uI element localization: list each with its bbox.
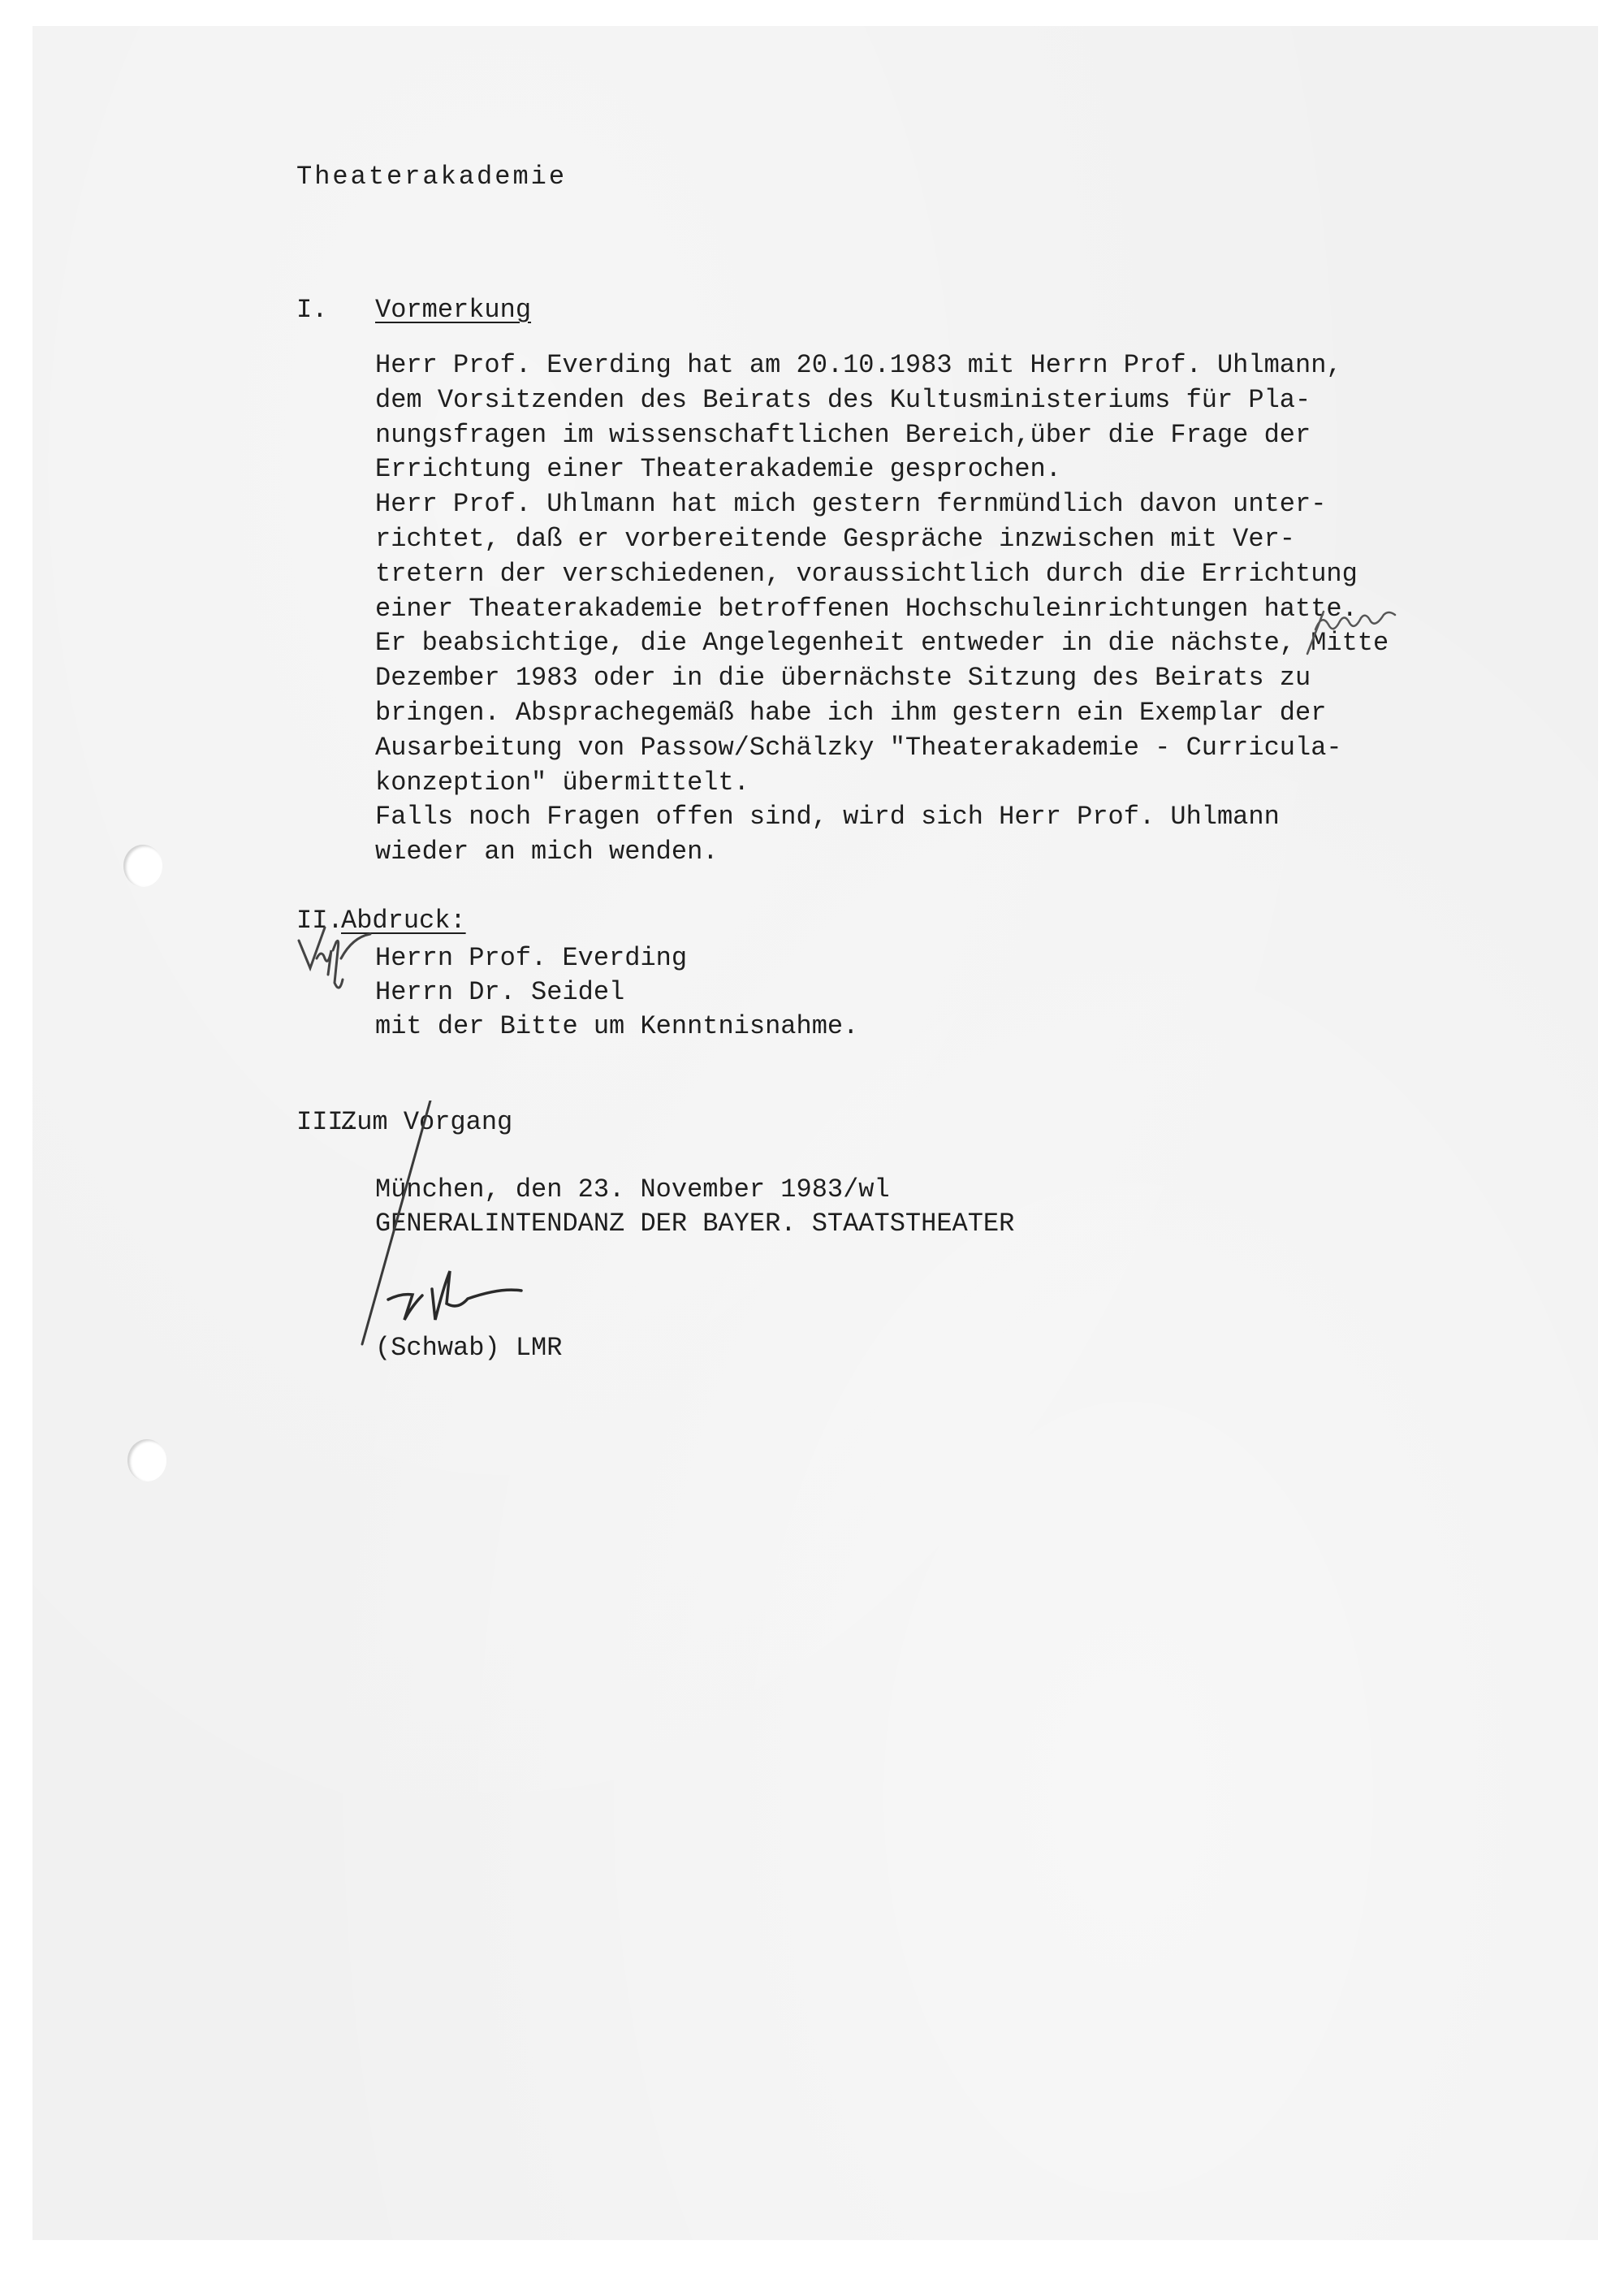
section-number-1: I. bbox=[296, 294, 327, 327]
text-line: einer Theaterakademie betroffenen Hochsc… bbox=[375, 593, 1358, 625]
section-title-3: Zum Vorgang bbox=[341, 1106, 512, 1139]
section-number-2: II. bbox=[296, 905, 343, 937]
text-line: dem Vorsitzenden des Beirats des Kultusm… bbox=[375, 384, 1311, 417]
text-line: konzeption" übermittelt. bbox=[375, 767, 749, 799]
text-line: Er beabsichtige, die Angelegenheit entwe… bbox=[375, 627, 1389, 660]
text-line: Errichtung einer Theaterakademie gesproc… bbox=[375, 453, 1061, 486]
text-line: Herr Prof. Everding hat am 20.10.1983 mi… bbox=[375, 349, 1342, 382]
text-line: GENERALINTENDANZ DER BAYER. STAATSTHEATE… bbox=[375, 1208, 1014, 1240]
text-line: Dezember 1983 oder in die übernächste Si… bbox=[375, 662, 1311, 694]
text-line: Herrn Prof. Everding bbox=[375, 942, 687, 975]
text-line: bringen. Absprachegemäß habe ich ihm ges… bbox=[375, 697, 1326, 729]
section-title-2: Abdruck: bbox=[341, 905, 466, 937]
text-line: mit der Bitte um Kenntnisnahme. bbox=[375, 1010, 858, 1043]
text-line: nungsfragen im wissenschaftlichen Bereic… bbox=[375, 419, 1311, 452]
text-line: Ausarbeitung von Passow/Schälzky "Theate… bbox=[375, 732, 1342, 764]
section-title-1: Vormerkung bbox=[375, 294, 531, 327]
punch-hole bbox=[123, 845, 162, 887]
text-line: Falls noch Fragen offen sind, wird sich … bbox=[375, 801, 1280, 833]
text-line: richtet, daß er vorbereitende Gespräche … bbox=[375, 523, 1295, 556]
text-line: wieder an mich wenden. bbox=[375, 836, 718, 868]
text-line: Herrn Dr. Seidel bbox=[375, 976, 624, 1009]
signature-name: (Schwab) LMR bbox=[375, 1332, 562, 1365]
document-heading: Theaterakademie bbox=[296, 161, 567, 193]
text-line: tretern der verschiedenen, voraussichtli… bbox=[375, 558, 1358, 590]
text-line: Herr Prof. Uhlmann hat mich gestern fern… bbox=[375, 488, 1326, 521]
punch-hole bbox=[127, 1439, 166, 1481]
text-line: München, den 23. November 1983/wl bbox=[375, 1174, 890, 1206]
